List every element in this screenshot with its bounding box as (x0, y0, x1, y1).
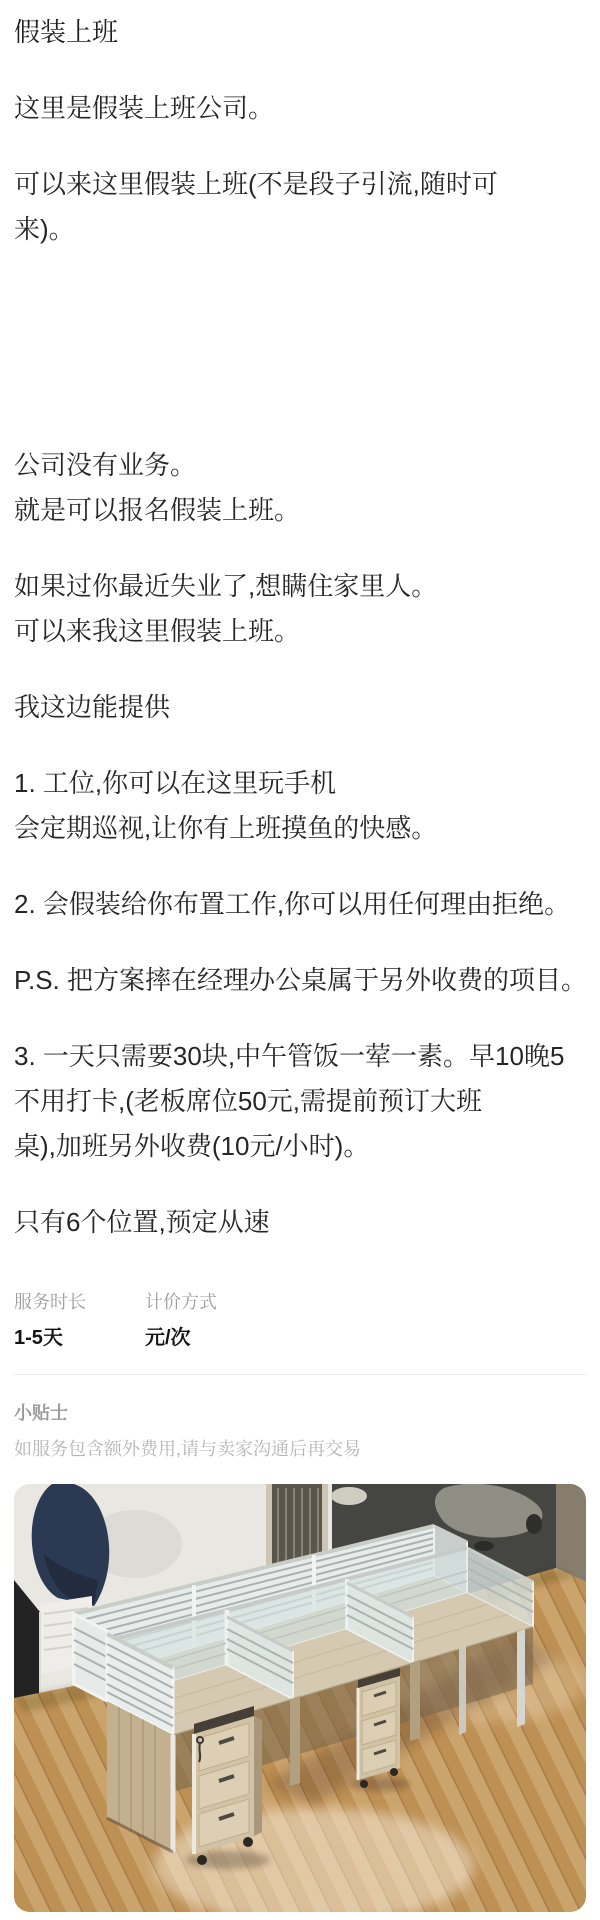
description-line: 会定期巡视,让你有上班摸鱼的快感。 (14, 806, 586, 851)
description-line: 如果过你最近失业了,想瞒住家里人。 (14, 564, 586, 609)
description-line: 3. 一天只需要30块,中午管饭一荤一素。早10晚5 (14, 1034, 586, 1079)
description-paragraph: 2. 会假装给你布置工作,你可以用任何理由拒绝。 (14, 882, 586, 927)
attributes-row: 服务时长1-5天计价方式元/次 (14, 1290, 586, 1352)
listing-title: 假装上班 (14, 10, 586, 55)
description-line: 桌),加班另外收费(10元/小时)。 (14, 1124, 586, 1169)
section-divider (14, 1374, 586, 1375)
description-line: 来)。 (14, 207, 586, 252)
attribute-label: 计价方式 (145, 1290, 217, 1314)
description-paragraph: 如果过你最近失业了,想瞒住家里人。可以来我这里假装上班。 (14, 564, 586, 654)
tips-title: 小贴士 (14, 1401, 586, 1425)
description-line: 1. 工位,你可以在这里玩手机 (14, 761, 586, 806)
description-line: 可以来我这里假装上班。 (14, 609, 586, 654)
description-line: P.S. 把方案摔在经理办公桌属于另外收费的项目。 (14, 958, 586, 1003)
listing-photo[interactable] (14, 1484, 586, 1912)
description-line: 可以来这里假装上班(不是段子引流,随时可 (14, 162, 586, 207)
attribute-column: 计价方式元/次 (145, 1290, 217, 1352)
description-line: 就是可以报名假装上班。 (14, 488, 586, 533)
tips-body: 如服务包含额外费用,请与卖家沟通后再交易 (14, 1437, 586, 1462)
description-line: 2. 会假装给你布置工作,你可以用任何理由拒绝。 (14, 882, 586, 927)
description: 这里是假装上班公司。可以来这里假装上班(不是段子引流,随时可来)。公司没有业务。… (14, 86, 586, 1245)
description-line: 这里是假装上班公司。 (14, 86, 586, 131)
description-line: 我这边能提供 (14, 685, 586, 730)
description-paragraph: 我这边能提供 (14, 685, 586, 730)
description-line: 公司没有业务。 (14, 443, 586, 488)
listing-detail-page: 假装上班 这里是假装上班公司。可以来这里假装上班(不是段子引流,随时可来)。公司… (0, 0, 600, 1912)
attribute-label: 服务时长 (14, 1290, 145, 1314)
description-line: 只有6个位置,预定从速 (14, 1200, 586, 1245)
description-paragraph: P.S. 把方案摔在经理办公桌属于另外收费的项目。 (14, 958, 586, 1003)
office-workstation-photo-illustration (14, 1484, 586, 1912)
attribute-value: 1-5天 (14, 1324, 145, 1352)
attribute-value: 元/次 (145, 1324, 217, 1352)
attribute-column: 服务时长1-5天 (14, 1290, 145, 1352)
description-paragraph: 这里是假装上班公司。 (14, 86, 586, 131)
description-paragraph: 1. 工位,你可以在这里玩手机会定期巡视,让你有上班摸鱼的快感。 (14, 761, 586, 851)
description-paragraph: 可以来这里假装上班(不是段子引流,随时可来)。 (14, 162, 586, 252)
description-paragraph: 只有6个位置,预定从速 (14, 1200, 586, 1245)
description-line: 不用打卡,(老板席位50元,需提前预订大班 (14, 1079, 586, 1124)
description-paragraph: 公司没有业务。就是可以报名假装上班。 (14, 443, 586, 533)
description-paragraph: 3. 一天只需要30块,中午管饭一荤一素。早10晚5不用打卡,(老板席位50元,… (14, 1034, 586, 1169)
